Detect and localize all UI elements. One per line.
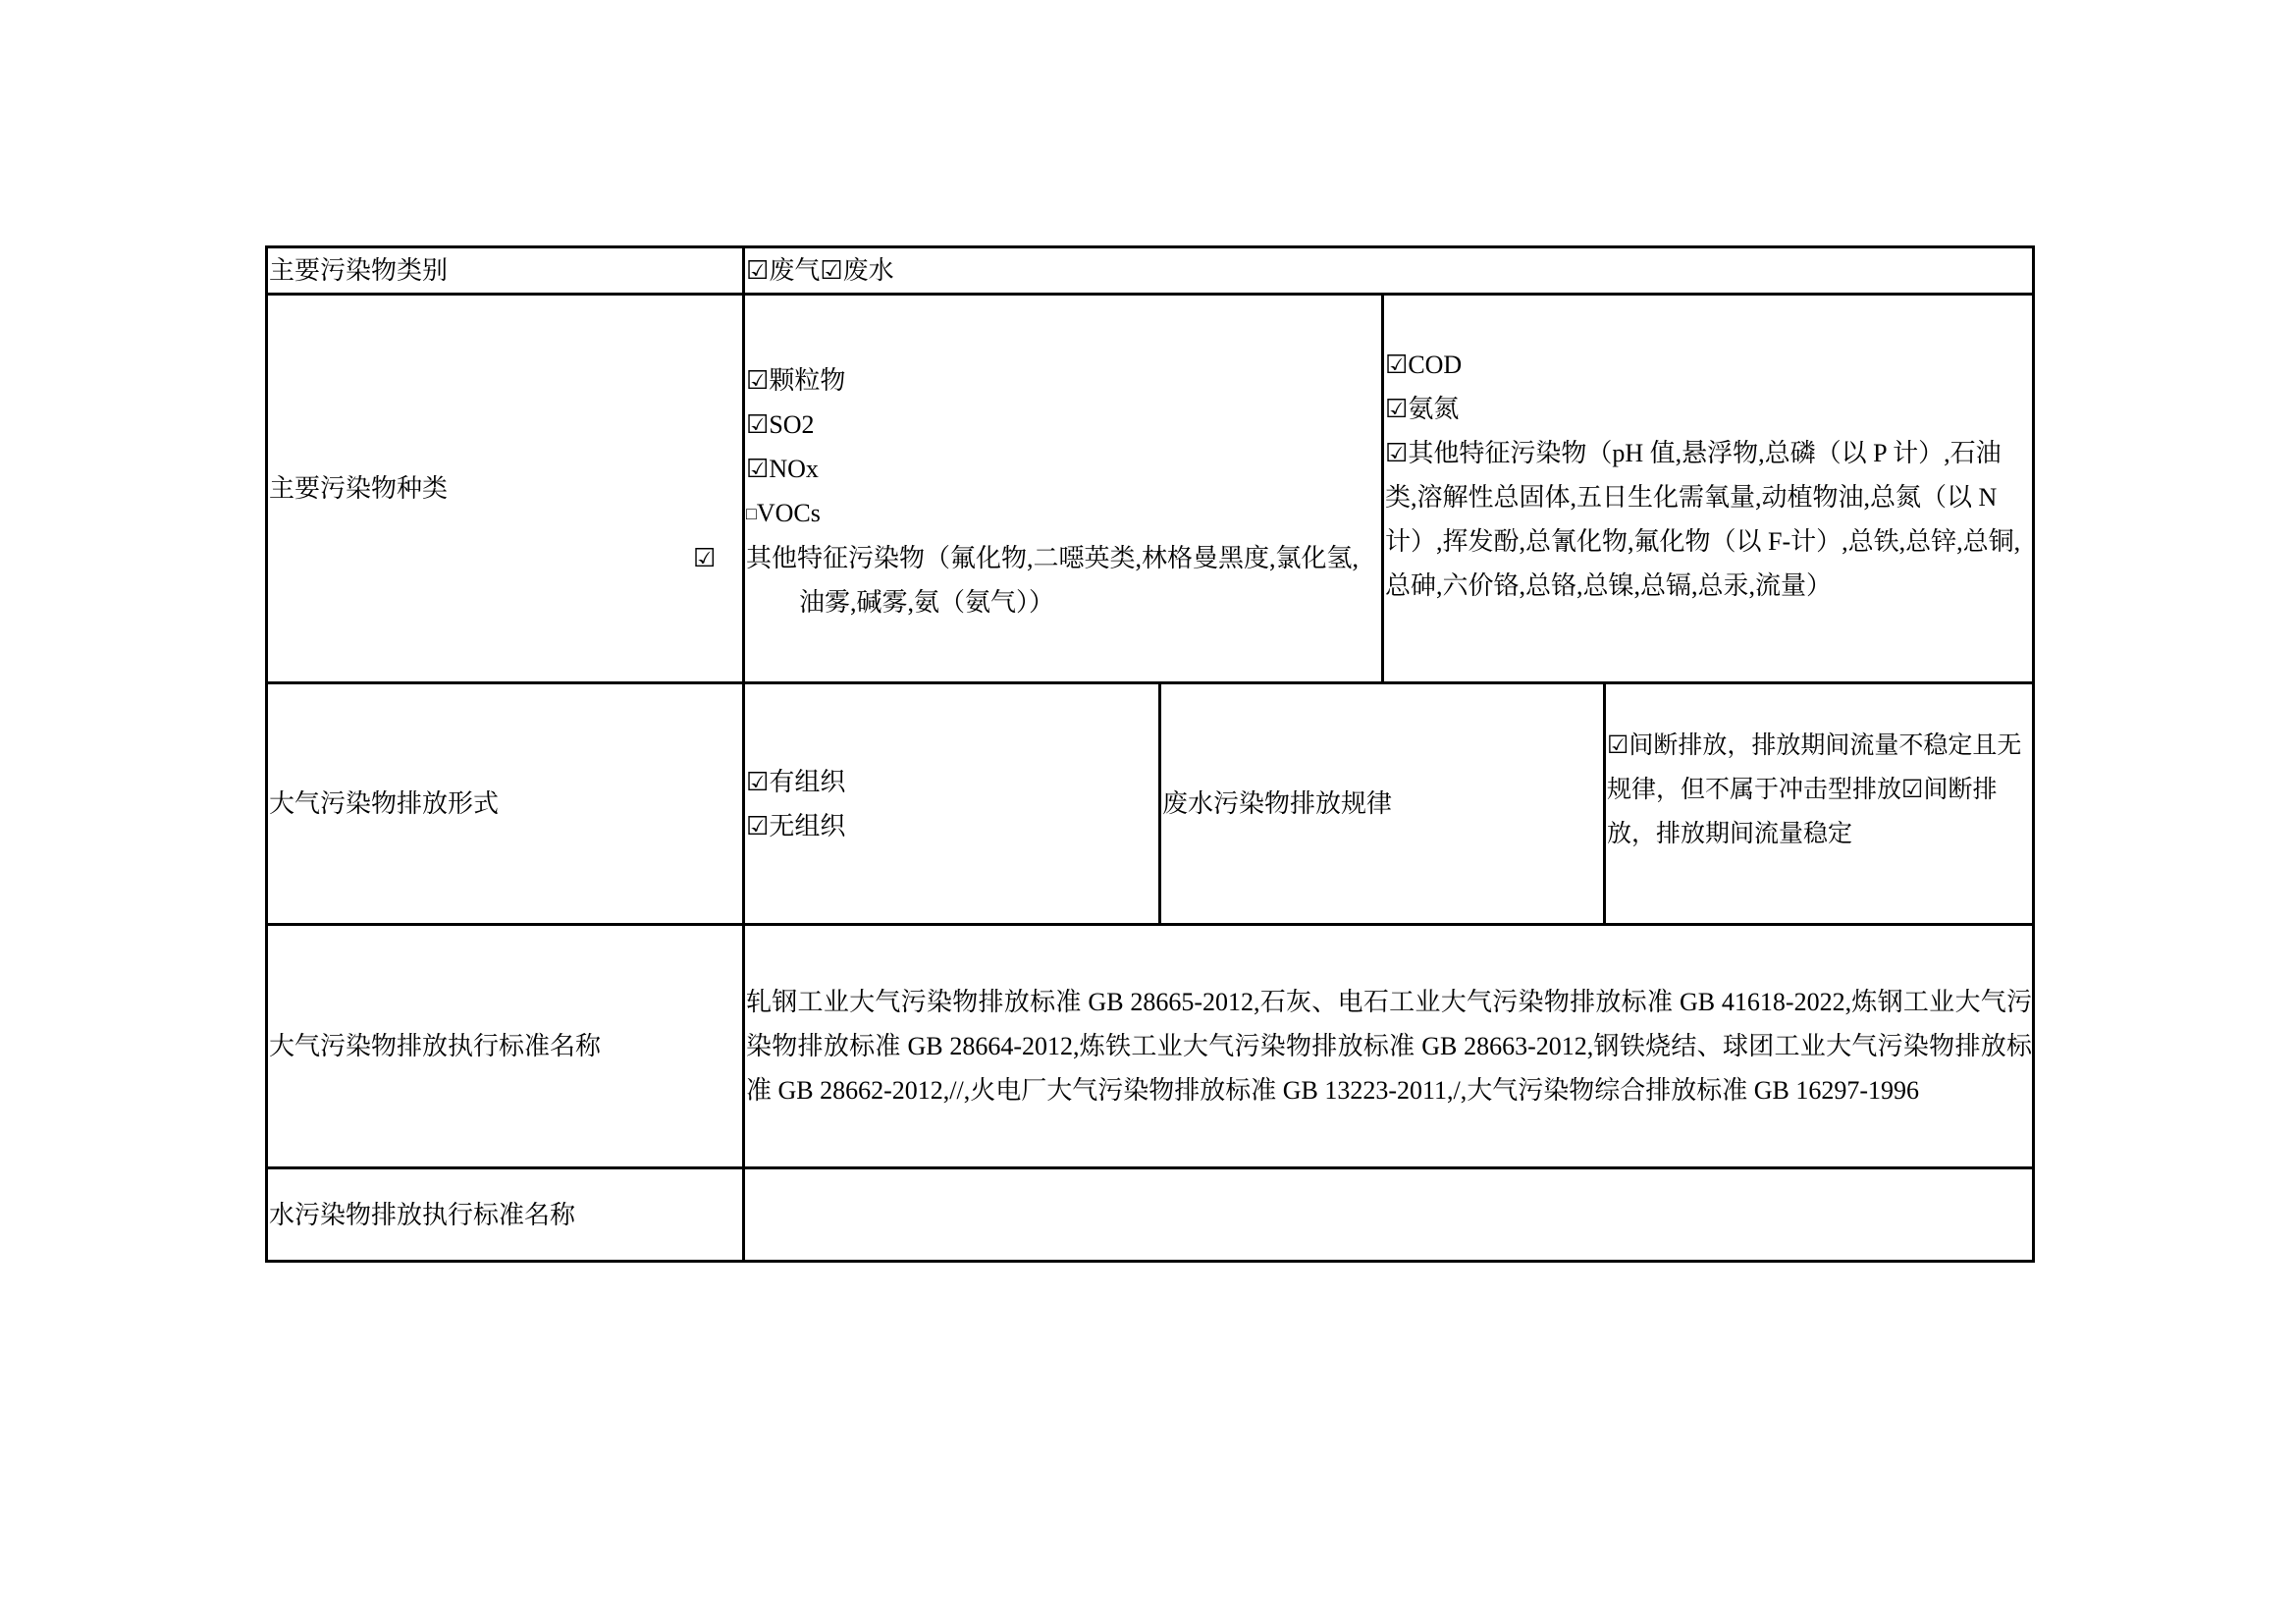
so2-label: SO2 xyxy=(769,410,814,439)
air-species-item: ☑颗粒物 xyxy=(746,358,1381,403)
pollutant-info-table: 主要污染物类别 ☑废气☑废水 主要污染物种类 ☑颗粒物 ☑SO2 ☑NOx □V… xyxy=(265,245,2035,1263)
checkbox-particulate[interactable]: ☑ xyxy=(746,358,769,403)
water-emission-rule-value-cell: ☑间断排放，排放期间流量不稳定且无规律，但不属于冲击型排放☑间断排放，排放期间流… xyxy=(1605,683,2034,925)
air-standard-value: 轧钢工业大气污染物排放标准 GB 28665-2012,石灰、电石工业大气污染物… xyxy=(746,988,2032,1105)
other-air-pollutants-label: 其他特征污染物（氟化物,二噁英类,林格曼黑度,氯化氢,油雾,碱雾,氨（氨气）） xyxy=(746,544,1359,617)
water-species-item: ☑COD xyxy=(1385,343,2032,387)
checkbox-other-water-pollutants[interactable]: ☑ xyxy=(1385,431,1408,475)
air-standard-value-cell: 轧钢工业大气污染物排放标准 GB 28665-2012,石灰、电石工业大气污染物… xyxy=(744,925,2034,1168)
checkbox-intermittent-unstable[interactable]: ☑ xyxy=(1607,723,1629,767)
emission-form-item: ☑有组织 xyxy=(746,760,1158,804)
checkbox-wastewater[interactable]: ☑ xyxy=(820,248,842,293)
row-air-standard: 大气污染物排放执行标准名称 轧钢工业大气污染物排放标准 GB 28665-201… xyxy=(267,925,2034,1168)
row-water-standard: 水污染物排放执行标准名称 xyxy=(267,1168,2034,1262)
air-species-item: ☑NOx xyxy=(746,447,1381,491)
pollutant-species-label-cell: 主要污染物种类 xyxy=(267,295,744,683)
row-pollutant-category: 主要污染物类别 ☑废气☑废水 xyxy=(267,247,2034,295)
air-emission-form-label: 大气污染物排放形式 xyxy=(269,789,499,818)
particulate-label: 颗粒物 xyxy=(769,366,845,395)
water-standard-label-cell: 水污染物排放执行标准名称 xyxy=(267,1168,744,1262)
checkbox-intermittent-stable[interactable]: ☑ xyxy=(1901,767,1923,811)
air-species-item: ☑SO2 xyxy=(746,403,1381,447)
water-standard-value-cell xyxy=(744,1168,2034,1262)
air-species-item: ☑其他特征污染物（氟化物,二噁英类,林格曼黑度,氯化氢,油雾,碱雾,氨（氨气）） xyxy=(746,536,1381,624)
cod-label: COD xyxy=(1408,351,1462,379)
unorganized-label: 无组织 xyxy=(769,812,845,840)
pollutant-species-label: 主要污染物种类 xyxy=(269,474,448,503)
air-emission-form-value-cell: ☑有组织 ☑无组织 xyxy=(744,683,1160,925)
row-emission-form: 大气污染物排放形式 ☑有组织 ☑无组织 废水污染物排放规律 ☑间断排放，排放期间… xyxy=(267,683,2034,925)
vocs-label: VOCs xyxy=(757,499,821,527)
air-standard-label: 大气污染物排放执行标准名称 xyxy=(269,1032,601,1060)
row-pollutant-species: 主要污染物种类 ☑颗粒物 ☑SO2 ☑NOx □VOCs ☑其他特征污染物（氟化… xyxy=(267,295,2034,683)
water-species-item: ☑氨氮 xyxy=(1385,387,2032,431)
air-species-item: □VOCs xyxy=(746,491,1381,536)
checkbox-exhaust-gas[interactable]: ☑ xyxy=(746,248,769,293)
pollutant-category-label-cell: 主要污染物类别 xyxy=(267,247,744,295)
wastewater-label: 废水 xyxy=(843,256,894,285)
air-species-cell: ☑颗粒物 ☑SO2 ☑NOx □VOCs ☑其他特征污染物（氟化物,二噁英类,林… xyxy=(744,295,1383,683)
nox-label: NOx xyxy=(769,455,819,483)
checkbox-so2[interactable]: ☑ xyxy=(746,403,769,447)
pollutant-category-label: 主要污染物类别 xyxy=(269,256,448,285)
checkbox-organized[interactable]: ☑ xyxy=(746,760,769,804)
document-page: 主要污染物类别 ☑废气☑废水 主要污染物种类 ☑颗粒物 ☑SO2 ☑NOx □V… xyxy=(0,0,2296,1624)
checkbox-unorganized[interactable]: ☑ xyxy=(746,804,769,848)
air-standard-label-cell: 大气污染物排放执行标准名称 xyxy=(267,925,744,1168)
water-species-cell: ☑COD ☑氨氮 ☑其他特征污染物（pH 值,悬浮物,总磷（以 P 计）,石油类… xyxy=(1383,295,2034,683)
checkbox-cod[interactable]: ☑ xyxy=(1385,343,1408,387)
water-emission-rule-label: 废水污染物排放规律 xyxy=(1162,789,1392,818)
checkbox-ammonia-nitrogen[interactable]: ☑ xyxy=(1385,387,1408,431)
pollutant-category-value-cell: ☑废气☑废水 xyxy=(744,247,2034,295)
organized-label: 有组织 xyxy=(769,768,845,796)
water-species-item: ☑其他特征污染物（pH 值,悬浮物,总磷（以 P 计）,石油类,溶解性总固体,五… xyxy=(1385,431,2032,608)
water-standard-label: 水污染物排放执行标准名称 xyxy=(269,1201,575,1229)
water-emission-rule-label-cell: 废水污染物排放规律 xyxy=(1160,683,1605,925)
ammonia-nitrogen-label: 氨氮 xyxy=(1408,395,1459,423)
air-emission-form-label-cell: 大气污染物排放形式 xyxy=(267,683,744,925)
exhaust-gas-label: 废气 xyxy=(769,256,820,285)
emission-form-item: ☑无组织 xyxy=(746,804,1158,848)
checkbox-nox[interactable]: ☑ xyxy=(746,447,769,491)
checkbox-vocs[interactable]: □ xyxy=(746,492,757,536)
other-water-pollutants-label: 其他特征污染物（pH 值,悬浮物,总磷（以 P 计）,石油类,溶解性总固体,五日… xyxy=(1385,439,2020,600)
